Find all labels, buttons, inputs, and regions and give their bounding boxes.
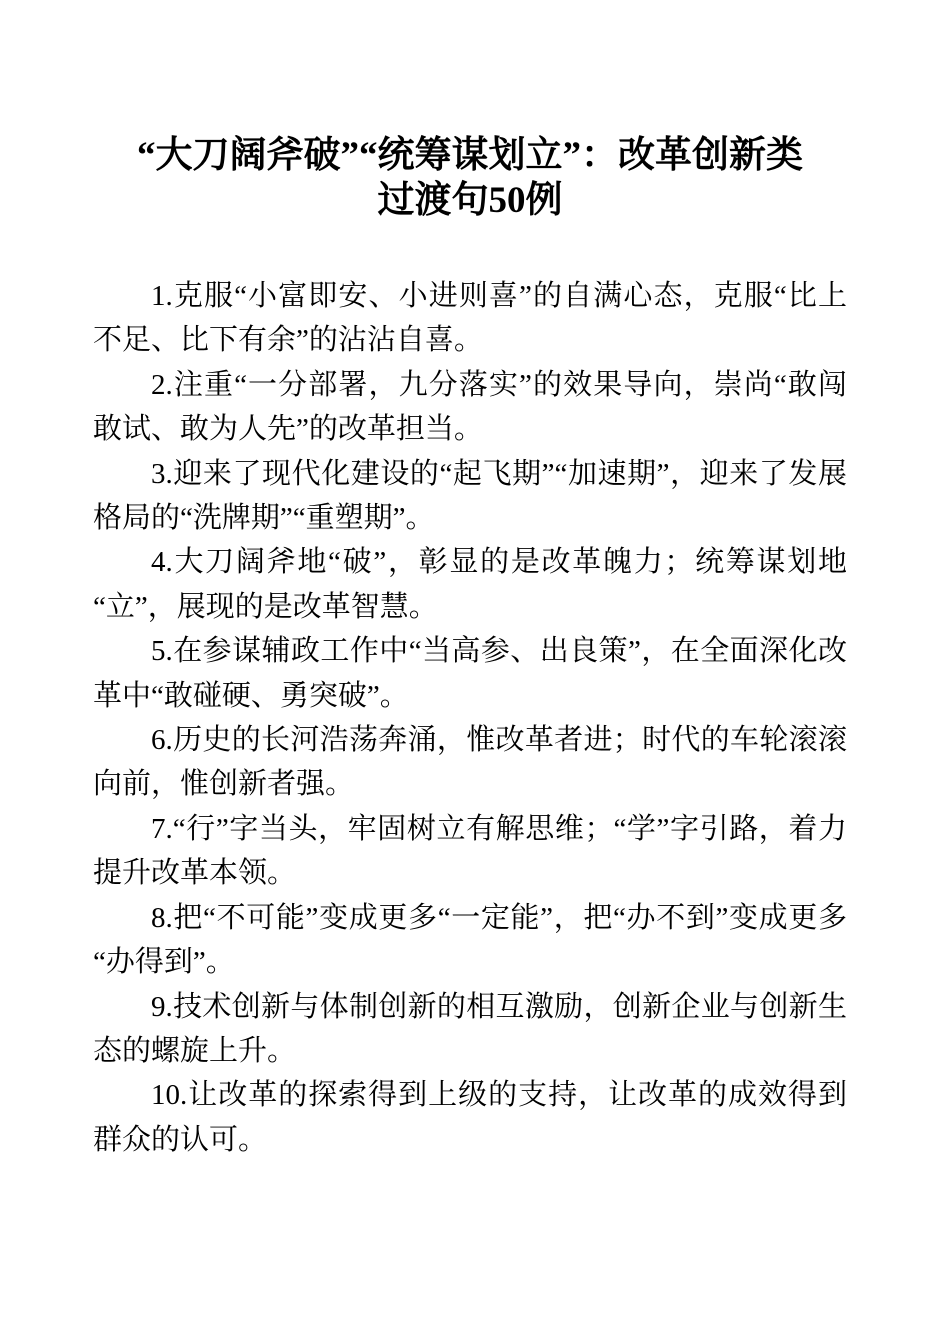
document-title-line-1: “大刀阔斧破”“统筹谋划立”：改革创新类 — [93, 133, 847, 178]
list-item-5: 5.在参谋辅政工作中“当高参、出良策”，在全面深化改革中“敢碰硬、勇突破”。 — [93, 629, 847, 718]
list-item-3: 3.迎来了现代化建设的“起飞期”“加速期”，迎来了发展格局的“洗牌期”“重塑期”… — [93, 452, 847, 541]
document-body: 1.克服“小富即安、小进则喜”的自满心态，克服“比上不足、比下有余”的沾沾自喜。… — [93, 274, 847, 1162]
list-item-6: 6.历史的长河浩荡奔涌，惟改革者进；时代的车轮滚滚向前，惟创新者强。 — [93, 718, 847, 807]
document-title: “大刀阔斧破”“统筹谋划立”：改革创新类 过渡句50例 — [93, 133, 847, 223]
document-title-line-2: 过渡句50例 — [93, 178, 847, 223]
list-item-8: 8.把“不可能”变成更多“一定能”，把“办不到”变成更多“办得到”。 — [93, 896, 847, 985]
list-item-10: 10.让改革的探索得到上级的支持，让改革的成效得到群众的认可。 — [93, 1073, 847, 1162]
list-item-9: 9.技术创新与体制创新的相互激励，创新企业与创新生态的螺旋上升。 — [93, 985, 847, 1074]
list-item-4: 4.大刀阔斧地“破”，彰显的是改革魄力；统筹谋划地“立”，展现的是改革智慧。 — [93, 540, 847, 629]
list-item-2: 2.注重“一分部署，九分落实”的效果导向，崇尚“敢闯敢试、敢为人先”的改革担当。 — [93, 363, 847, 452]
list-item-7: 7.“行”字当头，牢固树立有解思维；“学”字引路，着力提升改革本领。 — [93, 807, 847, 896]
document-page: “大刀阔斧破”“统筹谋划立”：改革创新类 过渡句50例 1.克服“小富即安、小进… — [0, 0, 950, 1344]
list-item-1: 1.克服“小富即安、小进则喜”的自满心态，克服“比上不足、比下有余”的沾沾自喜。 — [93, 274, 847, 363]
